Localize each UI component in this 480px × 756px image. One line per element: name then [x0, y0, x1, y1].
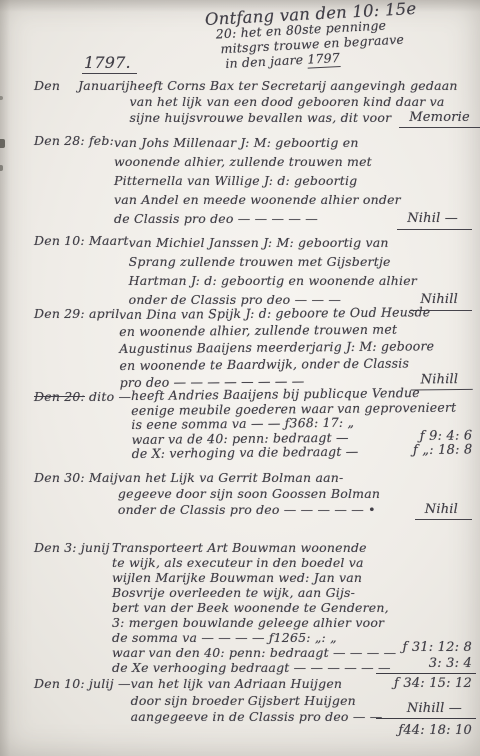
ledger-40th-penny: ƒ 31: 12: 8	[376, 640, 476, 656]
entry-date-word: Den	[34, 233, 60, 248]
entry-29-april: Den29: april van Dina van Spijk J: d: ge…	[0, 306, 480, 393]
entry-date-word: Den	[34, 133, 60, 148]
entry-date: Den3: junij	[0, 540, 112, 675]
entry-line: heeft Corns Bax ter Secretarij aangeving…	[130, 78, 480, 94]
entry-line: Sprang zullende trouwen met Gijsbertje	[129, 252, 472, 271]
ledger-surcharge: 3: 3: 4	[376, 656, 476, 674]
entry-line: Bosvrije overleeden te wijk, aan Gijs-	[112, 585, 472, 600]
page-header: Ontfang van den 10: 15e 20: het en 80ste…	[205, 0, 474, 72]
entry-line: bert van der Beek woonende te Genderen,	[112, 600, 472, 615]
entry-line: de Classis pro deo — — — — —Nihil —	[114, 209, 472, 230]
ledger-column: ƒ 31: 12: 8 3: 3: 4 ƒ 34: 15: 12 Nihill …	[376, 640, 476, 739]
entry-line: van Johs Millenaar J: M: geboortig en	[114, 133, 472, 152]
entry-line: van Dina van Spijk J: d: geboore te Oud …	[119, 303, 472, 323]
entry-line: Hartman J: d: geboortig en woonende alhi…	[129, 271, 472, 290]
entry-line: woonende alhier, zullende trouwen met	[114, 152, 472, 171]
entry-body: van het Lijk va Gerrit Bolman aan- gegee…	[118, 470, 480, 520]
entry-20-dito-vendue: Den 20:dito — heeft Andries Baaijens bij…	[0, 389, 480, 462]
entry-date: DenJanuarij	[0, 78, 130, 128]
entry-line-verhoging: de X: verhoging va die bedraagt —ƒ „: 18…	[132, 443, 473, 461]
entry-result: Memorie	[399, 110, 480, 128]
ledger-subtotal: ƒ 34: 15: 12	[376, 676, 476, 692]
year-marginal-label: 1797.	[82, 53, 137, 74]
entry-date-detail: dito —	[89, 389, 131, 404]
ledger-result-nihill: Nihill —	[376, 701, 476, 719]
entry-date-detail: 10: julij —	[64, 676, 131, 691]
entry-january: DenJanuarij heeft Corns Bax ter Secretar…	[0, 78, 480, 128]
entry-date: Den 20:dito —	[0, 389, 131, 462]
entry-line: van Michiel Janssen J: M: geboortig van	[129, 233, 472, 252]
entry-line: van het lijk van een dood gebooren kind …	[130, 94, 480, 110]
ledger-grand-total: ƒ44: 18: 10	[376, 723, 476, 739]
entry-date: Den30: Maij	[0, 470, 118, 520]
entry-line: onder de Classis pro deo — — — — — •Nihi…	[118, 502, 472, 520]
header-year: 1797	[307, 50, 340, 69]
entry-date-struck: Den 20:	[34, 389, 85, 404]
entry-result: Nihil —	[397, 209, 472, 230]
entry-date-detail: 29: april	[64, 306, 119, 321]
entry-date-word: Den	[34, 306, 60, 321]
entry-line: van Andel en meede woonende alhier onder	[114, 190, 472, 209]
entry-line: Transporteert Art Bouwman woonende	[112, 540, 472, 555]
entry-date: Den10: Maart	[0, 233, 129, 311]
entry-line: sijne huijsvrouwe bevallen was, dit voor…	[130, 110, 480, 128]
entry-30-maij: Den30: Maij van het Lijk va Gerrit Bolma…	[0, 470, 480, 520]
entry-body: heeft Andries Baaijens bij publicque Ven…	[131, 385, 480, 461]
entry-date-word: Den	[34, 78, 60, 93]
entry-line: Pitternella van Willige J: d: geboortig	[114, 171, 472, 190]
entry-date-detail: 3: junij	[64, 540, 110, 555]
entry-date-word: Den	[34, 470, 60, 485]
entry-date-detail: Januarij	[78, 78, 129, 93]
entry-date-detail: 30: Maij	[64, 470, 118, 485]
entry-date: Den29: april	[0, 306, 119, 393]
header-line-4-prefix: in den jaare	[225, 52, 308, 71]
entry-line: gegeeve door sijn soon Goossen Bolman	[118, 486, 472, 502]
entry-body: van Johs Millenaar J: M: geboortig en wo…	[114, 133, 480, 230]
entry-date-word: Den	[34, 676, 60, 691]
entry-date-word: Den	[34, 540, 60, 555]
entry-body: van Dina van Spijk J: d: geboore te Oud …	[119, 303, 480, 393]
entry-line: Augustinus Baaijens meerderjarig J: M: g…	[120, 337, 473, 357]
entry-body: heeft Corns Bax ter Secretarij aangeving…	[130, 78, 480, 128]
entry-10-maart: Den10: Maart van Michiel Janssen J: M: g…	[0, 233, 480, 311]
entry-line: 3: mergen bouwlande geleege alhier voor	[112, 615, 472, 630]
entry-result: Nihil	[415, 502, 472, 520]
entry-28-feb: Den28: feb: van Johs Millenaar J: M: geb…	[0, 133, 480, 230]
entry-date-detail: 10: Maart	[64, 233, 129, 248]
entry-date: Den10: julij —	[0, 676, 131, 726]
entry-date-detail: 28: feb:	[64, 133, 114, 148]
manuscript-page: Ontfang van den 10: 15e 20: het en 80ste…	[0, 0, 480, 756]
entry-body: van Michiel Janssen J: M: geboortig van …	[129, 233, 480, 311]
entry-date: Den28: feb:	[0, 133, 114, 230]
entry-line: wijlen Marijke Bouwman wed: Jan van	[112, 570, 472, 585]
entry-line: van het Lijk va Gerrit Bolman aan-	[118, 470, 472, 486]
entry-line: te wijk, als executeur in den boedel va	[112, 555, 472, 570]
amount-surcharge: ƒ „: 18: 8	[413, 443, 473, 458]
